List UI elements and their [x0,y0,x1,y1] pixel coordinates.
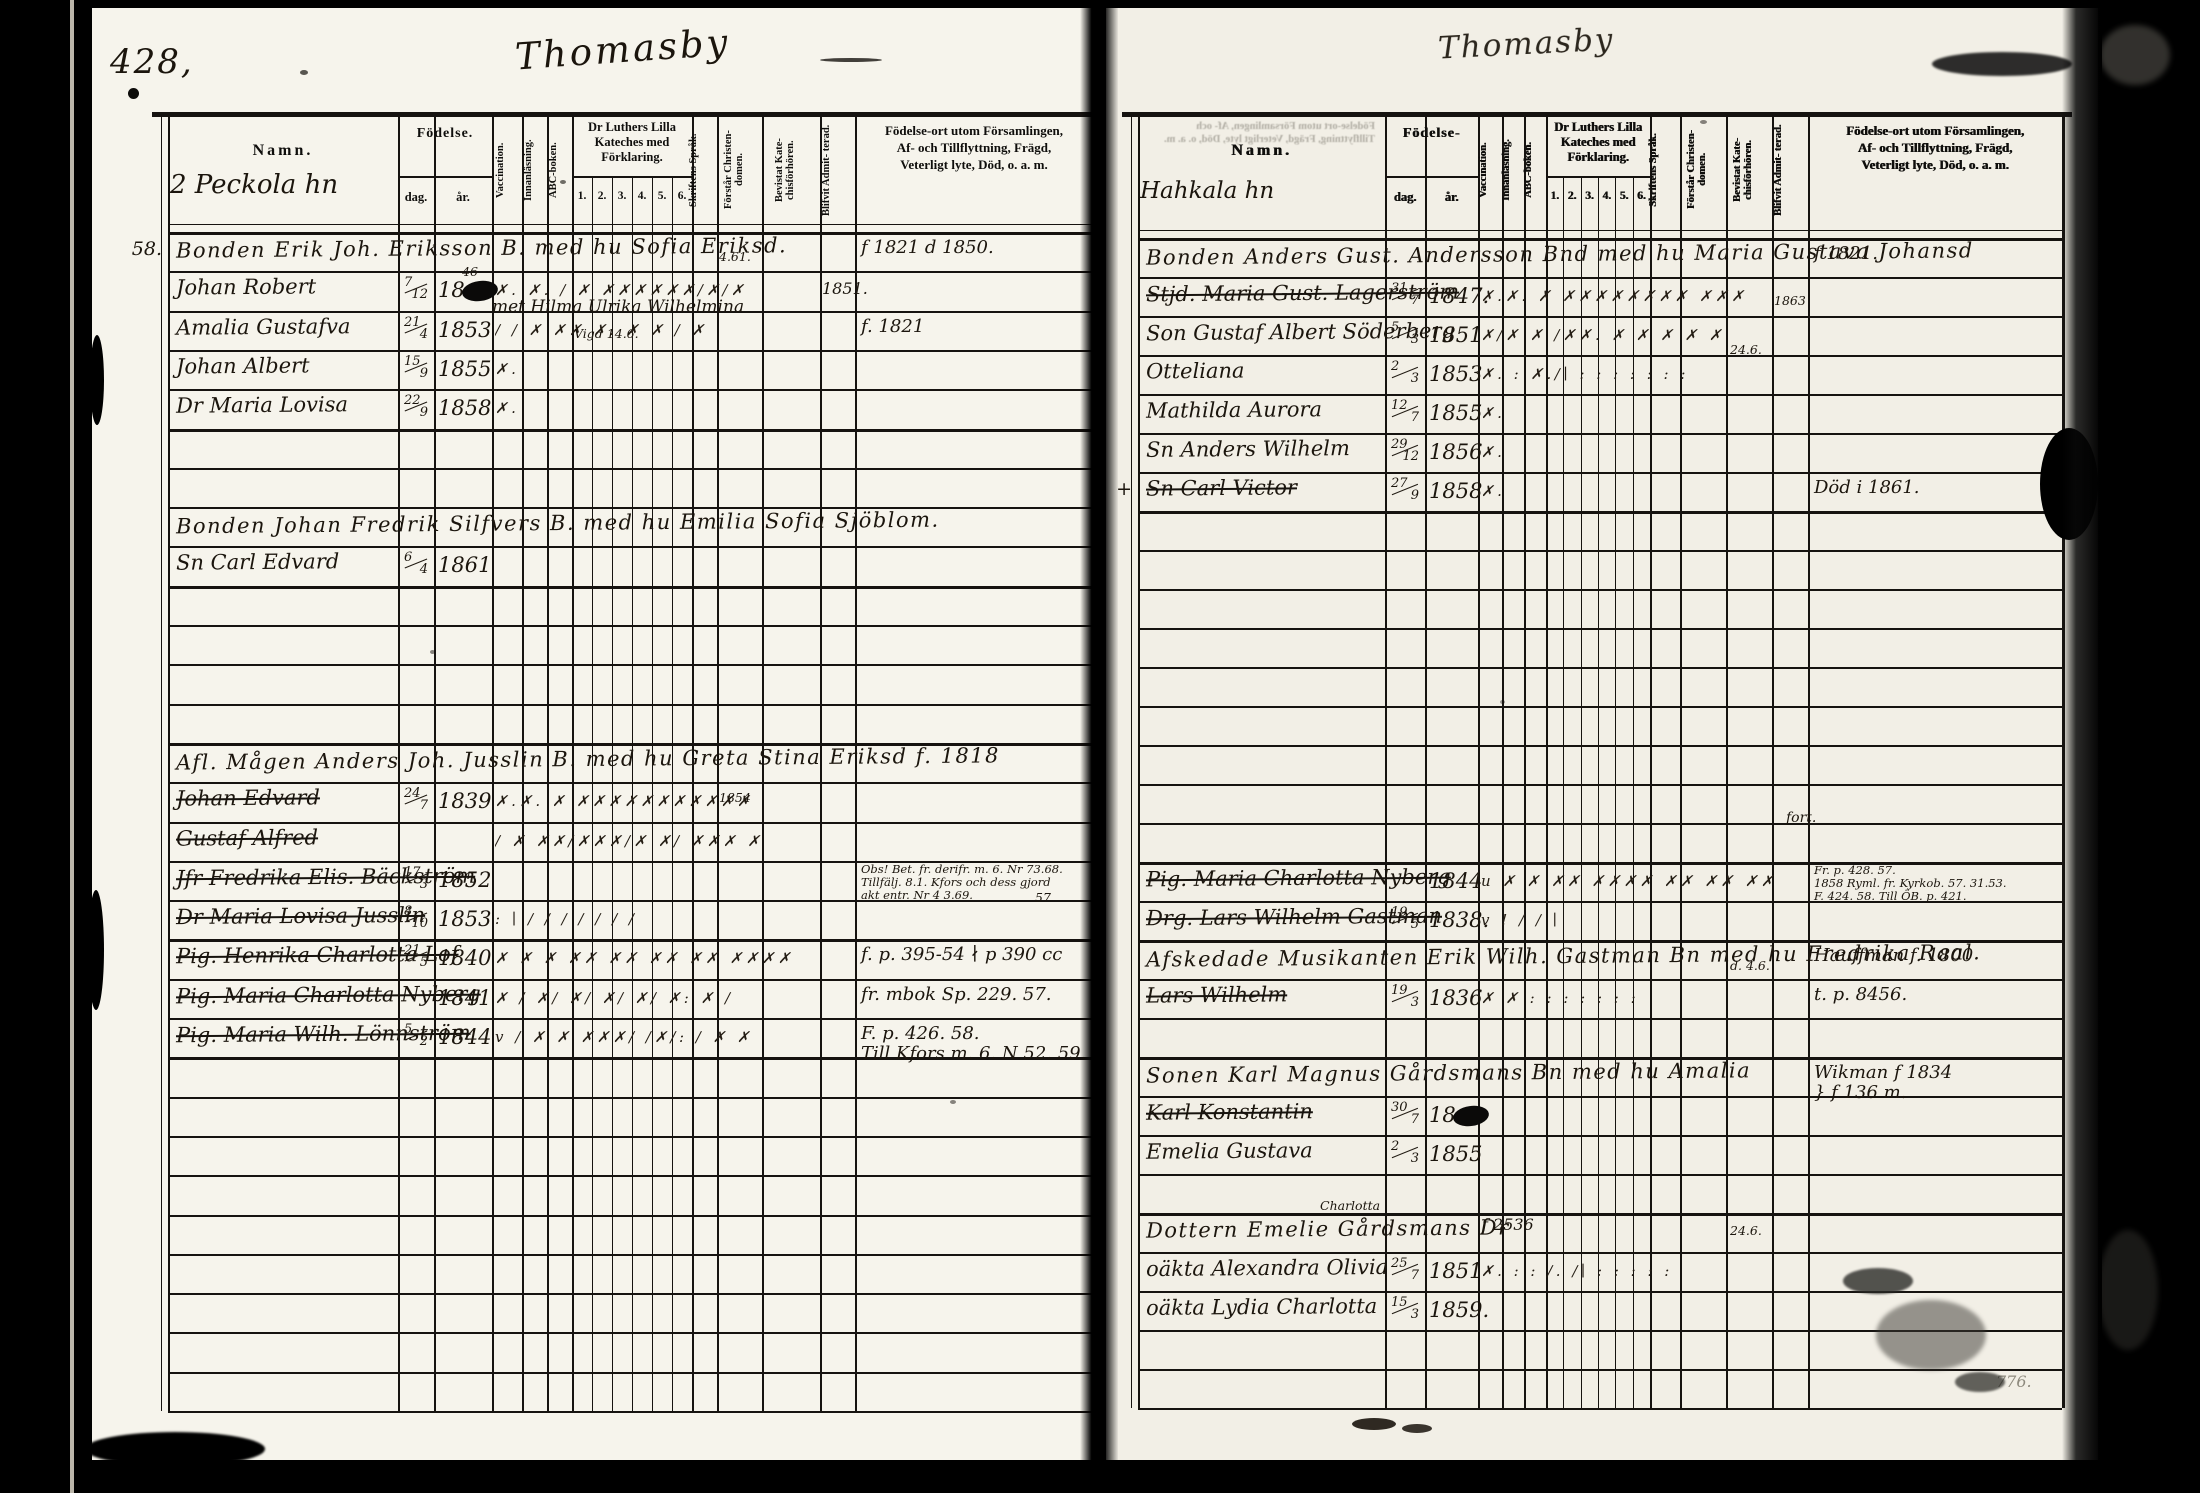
column-line [1524,112,1526,1408]
kateches-subcol-number: 1. [572,190,592,202]
birth-day: 195 [1390,907,1420,930]
ruled-line [168,625,1093,627]
annotation-note: 1851. [822,279,868,298]
remark-text: Död i 1861. [1814,477,1920,498]
scan-smudge [1700,120,1707,124]
birth-year: 1859. [1429,1298,1489,1322]
remark-text: Fr. p. 428. 57. [1814,863,1896,877]
ruled-line [168,468,1093,470]
ruled-line [1138,862,2062,865]
ruled-line [1138,1291,2062,1293]
scanned-book-spread: 428, Thomasby 2 Peckola hn Thomasby Hahk… [0,0,2200,1493]
birth-day: 23 [1390,361,1420,384]
column-line [1808,112,1810,1408]
birth-day: 229 [403,395,429,418]
annotation-note: Vigd 14.6. [574,326,639,341]
remark-text: t. p. 8456. [1814,984,1907,1005]
remark-text: f. p. 395-54 ∤ p 390 cc [861,944,1062,965]
birth-day: 317 [1390,283,1420,306]
examination-marks: ✗. : ✗.∕∣ : : : : : : : [1481,365,1805,383]
birth-day: 307 [1390,1102,1420,1125]
column-header-kateches: Dr Luthers LillaKateches medFörklaring. [570,120,694,165]
ruled-line [168,546,1093,548]
ledger-row-name: Dr Maria Lovisa [176,392,348,418]
birth-day: 53 [1390,322,1420,345]
ledger-row-name: Dr Maria Lovisa Jusslin [176,903,425,929]
birth-day: 159 [403,356,429,379]
scan-smudge [2100,25,2170,85]
ruled-line [168,704,1093,706]
birth-day: 257 [1390,1258,1420,1281]
remark-text: Wikman f 1834 [1814,1062,1952,1083]
kateches-subline [1615,176,1616,1408]
examination-marks: ✗. : : ∕. ∕∣ : : : : : [1481,1262,1805,1280]
birth-day: 279 [1390,478,1420,501]
birth-year: 1855 [1429,1142,1482,1166]
scan-right-edge [2062,8,2102,1460]
ruled-line [1138,316,2062,318]
ledger-row-name: Pig. Maria Charlotta Nyberg [1146,865,1451,892]
examination-marks: ✗ ∕ ✗∕ ✗∕ ✗∕ ✗∕ ✗: ✗ ∕ [495,989,852,1007]
ledger-row-name: Gustaf Alfred [176,825,318,850]
birth-year: 1840 [438,946,491,970]
ledger-row-name: Mathilda Aurora [1146,397,1322,423]
scan-smudge [2098,1230,2158,1350]
ledger-row-name: Sn Carl Edvard [176,550,339,575]
ruled-line [1138,823,2062,825]
scan-smudge [85,1432,265,1466]
ruled-line [168,271,1093,273]
examination-marks: ✗. [1481,443,1805,461]
ledger-row-name: oäkta Alexandra Olivia [1146,1255,1388,1281]
examination-marks: ✗ ✗ ✗ ✗✗ ✗✗ ✗✗ ✗✗ ✗✗✗✗ [495,949,852,967]
ruled-line [168,782,1093,784]
table-top-border [152,112,1103,117]
column-header-namn: Namn. [243,142,323,160]
ruled-line [1138,745,2062,747]
birth-year: 1836 [1429,986,1482,1010]
row-margin-note: 58. [104,238,162,260]
ledger-row-name: Sn Carl Victor [1146,475,1297,500]
ruled-line [1138,1018,2062,1020]
scan-smudge [950,1100,956,1104]
birth-year: 1844 [1429,869,1482,893]
examination-marks: ∕ ∕ ✗ ✗✗ ✗. ✗ ✗ ∕ ✗ [495,321,852,339]
birth-day: 247 [403,788,429,811]
birth-year: 1841 [438,986,491,1010]
scan-smudge [430,650,435,654]
scan-smudge [88,890,104,1010]
column-header-innanlasning: Innanläsning. [1501,116,1525,224]
ruled-line [168,664,1093,666]
fodelse-subrule [1385,176,1478,178]
birth-year: 1851 [1429,1259,1482,1283]
ruled-line [168,979,1093,981]
ledger-row-name: Johan Edvard [176,786,320,811]
birth-day: 2912 [1390,439,1420,462]
examination-marks: ✗.✗. ✗ ✗✗✗✗✗✗✗✗✗✗✗ [495,792,852,810]
column-header-remarks: Födelse-ort utom Församlingen,Af- och Ti… [852,122,1096,173]
ledger-row-name: Johan Robert [176,275,316,300]
scan-smudge [1352,1418,1396,1430]
column-header-blifvit-admitterad: Blifvit Admit- terad. [1773,116,1807,224]
birth-year: 1839 [438,789,491,813]
column-header-remarks: Födelse-ort utom Församlingen,Af- och Ti… [1813,122,2057,173]
remark-text: f 1821. [1814,243,1878,264]
ruled-line [1138,589,2062,591]
column-line [168,112,170,1411]
ruled-line [168,1018,1093,1020]
kateches-subline [1581,176,1582,1408]
column-header-skriftens-sprak: Skriftens Språk. [688,116,722,224]
column-header-namn: Namn. [1222,142,1302,160]
column-header-fodelse: Födelse- [1387,126,1477,142]
birth-day: 712 [403,277,429,300]
table-top-border [1122,112,2072,117]
ledger-row-name: Amalia Gustafva [176,314,351,340]
ruled-line [1138,277,2062,279]
column-header-forstar-christendomen: Förstår Christen- domen. [723,116,757,224]
annotation-note: 57 [1035,890,1051,905]
column-line [1726,112,1728,1408]
remark-text: akt entr. Nr 4 3.69. [861,888,973,902]
column-header-ar: år. [1425,190,1478,205]
annotation-note: 4.61. [719,249,751,264]
birth-day: 64 [403,552,429,575]
kateches-subline [1633,176,1634,1408]
column-line [1425,112,1427,1408]
birth-year: 1855 [1429,401,1482,425]
ledger-row-name: Johan Albert [176,353,310,378]
ruled-line [1138,1213,2062,1216]
ledger-row-name: Dottern Emelie Gårdsmans Dr [1146,1215,1510,1242]
birth-year: 1853 [438,318,491,342]
ledger-row-name: Lars Wilhelm [1146,982,1287,1007]
scan-smudge [1955,1372,2005,1392]
remark-text: Hauffman f. 1800 [1814,945,1973,966]
birth-year: 1852 [438,868,491,892]
ledger-row-name: Karl Konstantin [1146,1099,1313,1124]
kateches-subcol-number: 2. [592,190,612,202]
scan-smudge [820,58,882,62]
ledger-row-name: Otteliana [1146,359,1245,384]
ruled-line [168,1175,1093,1177]
ruled-line [168,429,1093,432]
ledger-row-name: oäkta Lydia Charlotta [1146,1294,1377,1320]
birth-day: 127 [1390,400,1420,423]
column-header-kateches: Dr Luthers LillaKateches medFörklaring. [1536,120,1660,165]
right-section-heading: Hahkala hn [1140,178,1274,204]
birth-year: 1851 [1429,323,1482,347]
birth-day: 153 [1390,1297,1420,1320]
annotation-note: Charlotta [1320,1198,1380,1213]
scan-smudge [1932,52,2072,76]
ruled-line [1138,511,2062,514]
ruled-line [168,389,1093,391]
examination-marks: ✗. [1481,404,1805,422]
ruled-line [1138,355,2062,357]
column-line [1650,112,1652,1408]
left-page-paper [92,8,1094,1460]
kateches-subcol-number: 4. [632,190,652,202]
ruled-line [1138,394,2062,396]
scan-smudge [560,180,566,184]
birth-year: 18 [438,278,465,302]
ruled-line [168,1215,1093,1217]
ruled-line [168,1254,1093,1256]
overflow-note: met Hilma Ulrika Wilhelmina [492,297,744,317]
ruled-line [168,1372,1093,1374]
examination-marks: : ∣ ∕ ∕ ∕ ∕ ∕ ∕ ∕ [495,910,852,928]
ledger-row-name: Emelia Gustava [1146,1138,1313,1163]
column-header-dag: dag. [1385,190,1425,205]
column-header-fodelse: Födelse. [400,126,490,142]
column-header-vaccination: Vaccination. [495,116,519,224]
birth-year: 1853 [438,907,491,931]
scan-smudge [300,70,308,75]
birth-day: 23 [1390,1141,1420,1164]
column-header-blifvit-admitterad: Blifvit Admit- terad. [821,116,855,224]
continuation-note: fort. [1786,810,1816,826]
ledger-row-name: Sn Anders Wilhelm [1146,436,1350,462]
kateches-subline [1598,176,1599,1408]
scan-smudge [1876,1300,1986,1370]
birth-year: 1858 [438,396,491,420]
remark-text: F. 424. 58. Till ÖB. p. 421. [1814,889,1967,903]
scan-smudge [1402,1424,1432,1433]
ruled-line [1138,1174,2062,1176]
birth-year: 1856 [1429,440,1482,464]
ruled-line [1138,472,2062,474]
annotation-note: 46 [462,264,478,279]
remark-text: F. p. 426. 58. [861,1023,980,1044]
examination-marks: ∕ ✗ ✗✗∕✗✗✗∕✗ ✗∕ ✗✗✗ ✗ [495,832,852,850]
remark-text: Obs! Bet. fr. derifr. m. 6. Nr 73.68. [861,862,1063,876]
kateches-subcol-number: 2. [1563,190,1580,202]
column-header-skriftens-sprak: Skriftens Språk. [1648,116,1682,224]
ruled-line [168,1332,1093,1334]
fodelse-subrule [398,176,492,178]
ruled-line [168,586,1093,589]
scan-smudge [1500,700,1505,704]
ruled-line [168,350,1093,352]
page-number: 428, [110,42,194,82]
kateches-subcol-number: 5. [652,190,672,202]
birth-day: 214 [403,317,429,340]
kateches-subline [1563,176,1564,1408]
birth-day: 173 [403,867,429,890]
birth-year: 1858 [1429,479,1482,503]
ledger-row-name: Pig. Maria Charlotta Nyberg [176,981,481,1008]
right-page-paper [1106,8,2098,1460]
examination-marks: ✗. [495,360,852,378]
kateches-subcol-number: 4. [1598,190,1615,202]
column-line [1680,112,1682,1408]
birth-year: 18 [1429,1103,1456,1127]
examination-marks: ✗.✗. ✗ ✗✗✗✗✗✗✗✗ ✗✗✗ [1481,287,1805,305]
annotation-note: 24.6. [1730,342,1762,357]
scan-smudge [1843,1268,1913,1294]
birth-year: 1853 [1429,362,1482,386]
kateches-subcol-number: 5. [1615,190,1632,202]
birth-year: 1861 [438,553,491,577]
left-section-heading: 2 Peckola hn [170,170,338,200]
column-line [1138,112,1140,1408]
birth-year: 1844 [438,1025,491,1049]
annotation-note: 24.6. [1730,1223,1762,1238]
examination-marks: v ∕ ✗ ✗ ✗✗✗∕ ∕✗∕: ∕ ✗ ✗ [495,1028,852,1046]
column-header-abc-boken: ABC-boken. [548,116,572,224]
column-line [1385,112,1387,1408]
column-line [1546,112,1548,1408]
ruled-line [168,507,1093,509]
scan-smudge [128,88,139,99]
ruled-line [168,1136,1093,1138]
ruled-line [1138,628,2062,630]
column-header-innanlasning: Innanläsning. [523,116,547,224]
ruled-line [168,939,1093,942]
ruled-line [1138,550,2062,552]
kateches-subcol-number: 3. [612,190,632,202]
ruled-line [168,1411,1093,1413]
scan-left-edge-line [70,0,74,1493]
book-gutter-shadow [1080,0,1118,1493]
ruled-line [1138,1408,2062,1410]
ruled-line [168,1097,1093,1099]
annotation-note: d. 4.6. [1730,958,1770,973]
remark-text: 1858 Ryml. fr. Kyrkob. 57. 31.53. [1814,876,2007,890]
column-header-bevistat-katechisforhoren: Bevistat Kate- chisförhören. [1732,116,1766,224]
remark-text: } f 136 m. [1814,1082,1906,1103]
remark-text: Till Kfors m. 6. N 52. 59. [861,1043,1086,1064]
annotation-note: f 2536 [1482,1215,1534,1234]
ruled-line [1138,784,2062,786]
table-left-border [161,112,162,1411]
examination-marks: v ! ∕ ∕ ∣ [1481,911,1805,929]
kateches-subcol-number: 1. [1546,190,1563,202]
remark-text: f. 1821 [861,316,924,337]
remark-text: Tillfälj. 8.1. Kfors och dess gjord [861,875,1051,889]
ledger-row-name: Jfr Fredrika Elis. Bäckström [176,863,475,890]
remark-text: f 1821 d 1850. [861,237,994,258]
scan-smudge [90,335,104,425]
ruled-line [168,822,1093,824]
ruled-line [1138,979,2062,981]
birth-day: 52 [403,1024,429,1047]
column-header-forstar-christendomen: Förstår Christen- domen. [1686,116,1720,224]
birth-day: 810 [403,906,429,929]
column-header-vaccination: Vaccination. [1478,116,1502,224]
examination-marks: u ✗ ✗ ✗✗ ✗✗✗✗ ✗✗ ✗✗ ✗✗ [1481,872,1805,890]
table-left-border [1131,112,1132,1408]
ruled-line [1138,1252,2062,1254]
examination-marks: ✗. [495,399,852,417]
column-line [1502,112,1504,1408]
examination-marks: ✗ ✗ : : : : : : : [1481,989,1805,1007]
remark-text: fr. mbok Sp. 229. 57. [861,984,1052,1005]
header-bottom-thin [168,224,1093,225]
examination-marks: ✗. [1481,482,1805,500]
column-header-dag: dag. [398,190,434,205]
ruled-line [1138,667,2062,669]
ruled-line [1138,433,2062,435]
kateches-subcol-number: 3. [1581,190,1598,202]
birth-year: 1855 [438,357,491,381]
ruled-line [1138,1096,2062,1098]
ruled-line [1138,1135,2062,1137]
annotation-note: 1854 [719,790,751,805]
ruled-line [1138,706,2062,708]
column-header-bevistat-katechisforhoren: Bevistat Kate- chisförhören. [774,116,808,224]
ruled-line [168,1293,1093,1295]
column-header-ar: år. [434,190,492,205]
birth-day: 215 [403,945,429,968]
birth-day: 193 [1390,985,1420,1008]
header-bottom-thin [1138,230,2062,231]
annotation-note: 1863 [1774,293,1806,308]
